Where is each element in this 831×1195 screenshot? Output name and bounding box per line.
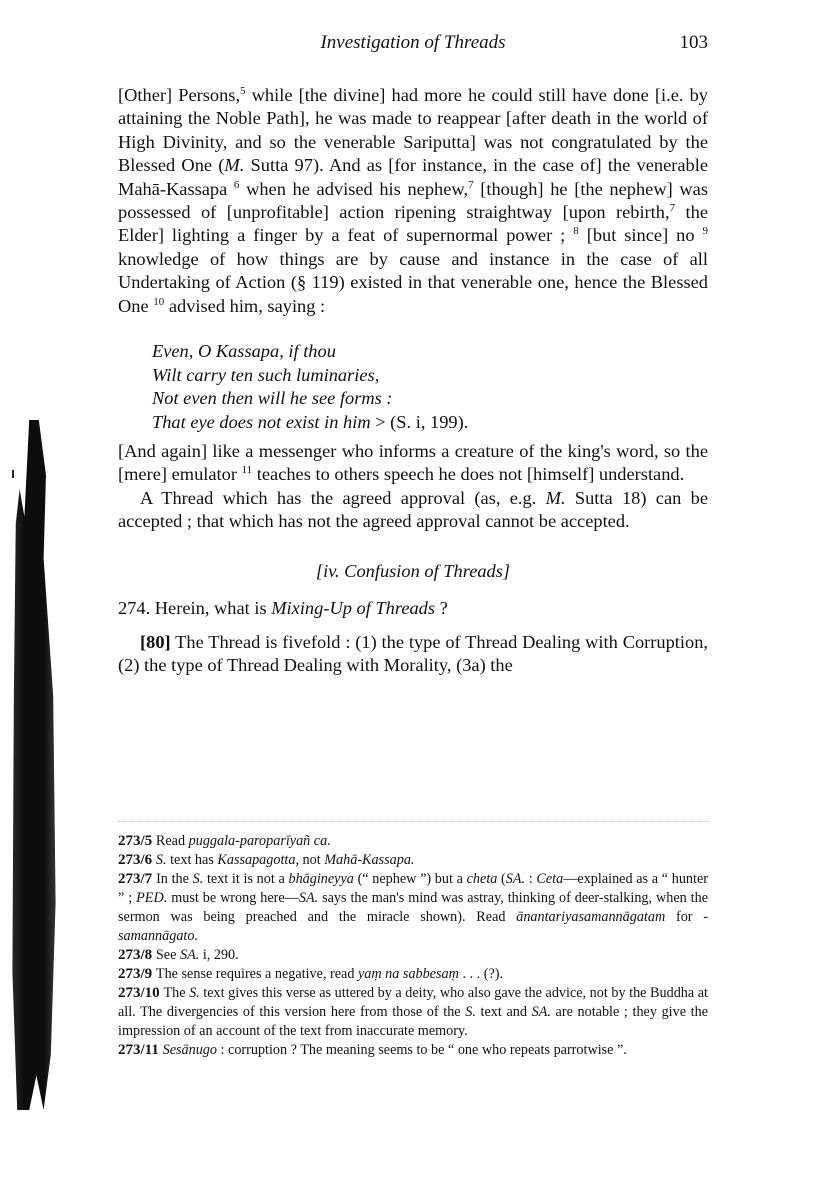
verse-line: Even, O Kassapa, if thou (152, 341, 336, 361)
page-marker: [80] (140, 632, 171, 652)
scan-binding-shadow (10, 420, 58, 1110)
paragraph-1: [Other] Persons,5 while [the divine] had… (118, 84, 708, 318)
footnote-number: 273/10 (118, 985, 163, 1001)
footnote-number: 273/8 (118, 947, 156, 963)
paragraph-274: 274. Herein, what is Mixing-Up of Thread… (118, 597, 708, 620)
verse-reference: > (S. i, 199). (371, 412, 469, 432)
section-heading: [iv. Confusion of Threads] (118, 560, 708, 583)
footnote: 273/5 Read puggala-paroparīyañ ca. (118, 832, 708, 851)
footnote-number: 273/7 (118, 871, 156, 887)
footnote: 273/7 In the S. text it is not a bhāgine… (118, 870, 708, 946)
footnote-number: 273/5 (118, 833, 156, 849)
footnote-ref: 10 (153, 296, 164, 308)
footnote: 273/11 Sesānugo : corruption ? The meani… (118, 1041, 708, 1060)
verse-block: Even, O Kassapa, if thou Wilt carry ten … (152, 340, 708, 434)
footnote: 273/8 See SA. i, 290. (118, 946, 708, 965)
paragraph-2: [And again] like a messenger who informs… (118, 440, 708, 487)
verse-line: Not even then will he see forms : (152, 388, 393, 408)
page-number: 103 (680, 32, 709, 54)
scan-speck (12, 470, 14, 478)
verse-line: That eye does not exist in him (152, 412, 371, 432)
footnote-ref: 9 (703, 225, 709, 237)
main-text: [Other] Persons,5 while [the divine] had… (118, 84, 708, 677)
paragraph-3: A Thread which has the agreed approval (… (118, 487, 708, 534)
verse-line: Wilt carry ten such luminaries, (152, 365, 379, 385)
page-header: Investigation of Threads 103 (118, 32, 708, 56)
running-title: Investigation of Threads (118, 32, 708, 54)
footnote-ref: 11 (242, 464, 253, 476)
footnote-number: 273/9 (118, 966, 156, 982)
footnote-number: 273/11 (118, 1042, 163, 1058)
footnote: 273/6 S. text has Kassapagotta, not Mahā… (118, 851, 708, 870)
footnotes: 273/5 Read puggala-paroparīyañ ca.273/6 … (118, 832, 708, 1060)
footnote-divider (118, 821, 708, 822)
footnote: 273/9 The sense requires a negative, rea… (118, 965, 708, 984)
footnote: 273/10 The S. text gives this verse as u… (118, 984, 708, 1041)
paragraph-5: [80] The Thread is fivefold : (1) the ty… (118, 631, 708, 678)
footnote-number: 273/6 (118, 852, 156, 868)
